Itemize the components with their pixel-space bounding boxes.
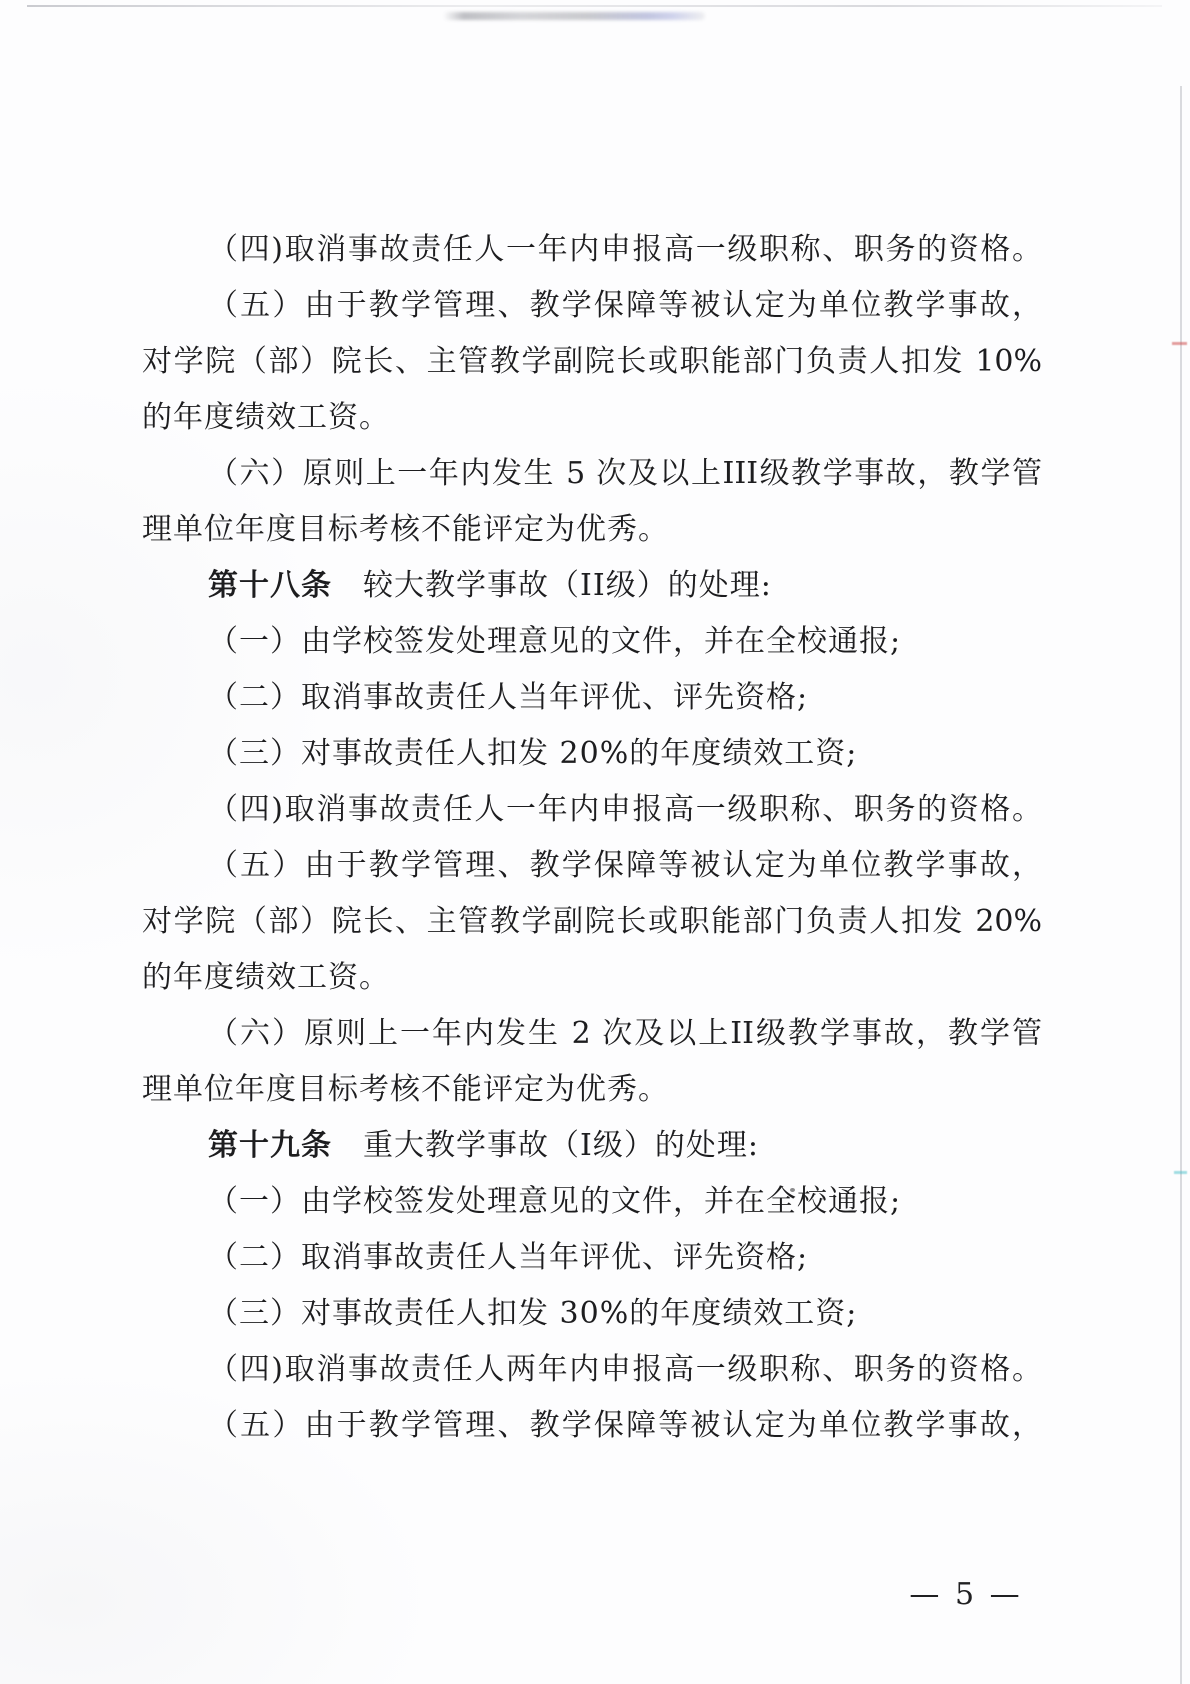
scan-artifact-top-smudge xyxy=(443,12,705,20)
document-body: （四)取消事故责任人一年内申报高一级职称、职务的资格。 （五）由于教学管理、教学… xyxy=(142,222,1042,1454)
line-text: 较大教学事故（II级）的处理: xyxy=(332,568,772,603)
line-text: （一）由学校签发处理意见的文件，并在全校通报; xyxy=(208,1184,901,1219)
line-text: （三）对事故责任人扣发 30%的年度绩效工资; xyxy=(208,1296,857,1331)
line-text: （五）由于教学管理、教学保障等被认定为单位教学事故， xyxy=(208,288,1042,323)
scan-artifact-right-edge-line xyxy=(1180,86,1182,1684)
article-number: 第十九条 xyxy=(208,1128,332,1163)
line-text: 对学院（部）院长、主管教学副院长或职能部门负责人扣发 10% xyxy=(142,344,1042,379)
text-line: （五）由于教学管理、教学保障等被认定为单位教学事故， xyxy=(142,1398,1042,1454)
text-line: （一）由学校签发处理意见的文件，并在全校通报; xyxy=(142,1174,1042,1230)
line-text: 的年度绩效工资。 xyxy=(142,960,390,995)
text-line: （二）取消事故责任人当年评优、评先资格; xyxy=(142,1230,1042,1286)
line-text: 理单位年度目标考核不能评定为优秀。 xyxy=(142,512,669,547)
article-number: 第十八条 xyxy=(208,568,332,603)
line-text: 对学院（部）院长、主管教学副院长或职能部门负责人扣发 20% xyxy=(142,904,1042,939)
line-text: （二）取消事故责任人当年评优、评先资格; xyxy=(208,1240,808,1275)
text-line: （四)取消事故责任人两年内申报高一级职称、职务的资格。 xyxy=(142,1342,1042,1398)
line-text: （四)取消事故责任人一年内申报高一级职称、职务的资格。 xyxy=(208,232,1042,267)
text-line: （五）由于教学管理、教学保障等被认定为单位教学事故， xyxy=(142,838,1042,894)
text-line: 的年度绩效工资。 xyxy=(142,390,1042,446)
scan-artifact-cyan-tick xyxy=(1174,1171,1187,1174)
line-text: （五）由于教学管理、教学保障等被认定为单位教学事故， xyxy=(208,848,1042,883)
line-text: （三）对事故责任人扣发 20%的年度绩效工资; xyxy=(208,736,857,771)
scan-artifact-top-edge-line xyxy=(27,5,1162,7)
text-line: 的年度绩效工资。 xyxy=(142,950,1042,1006)
line-text: 理单位年度目标考核不能评定为优秀。 xyxy=(142,1072,669,1107)
text-line: （三）对事故责任人扣发 30%的年度绩效工资; xyxy=(142,1286,1042,1342)
text-line: 对学院（部）院长、主管教学副院长或职能部门负责人扣发 10% xyxy=(142,334,1042,390)
text-line: （六）原则上一年内发生 2 次及以上II级教学事故，教学管 xyxy=(142,1006,1042,1062)
article-heading-18: 第十八条 较大教学事故（II级）的处理: xyxy=(142,558,1042,614)
page-number: — 5 — xyxy=(898,1571,1034,1619)
line-text: （四)取消事故责任人两年内申报高一级职称、职务的资格。 xyxy=(208,1352,1042,1387)
article-heading-19: 第十九条 重大教学事故（I级）的处理: xyxy=(142,1118,1042,1174)
document-page: （四)取消事故责任人一年内申报高一级职称、职务的资格。 （五）由于教学管理、教学… xyxy=(0,0,1190,1684)
line-text: 的年度绩效工资。 xyxy=(142,400,390,435)
scan-artifact-red-tick xyxy=(1172,342,1187,345)
line-text: （二）取消事故责任人当年评优、评先资格; xyxy=(208,680,808,715)
text-line: （三）对事故责任人扣发 20%的年度绩效工资; xyxy=(142,726,1042,782)
text-line: （二）取消事故责任人当年评优、评先资格; xyxy=(142,670,1042,726)
line-text: （四)取消事故责任人一年内申报高一级职称、职务的资格。 xyxy=(208,792,1042,827)
text-line: （六）原则上一年内发生 5 次及以上III级教学事故，教学管 xyxy=(142,446,1042,502)
text-line: （四)取消事故责任人一年内申报高一级职称、职务的资格。 xyxy=(142,222,1042,278)
text-line: （五）由于教学管理、教学保障等被认定为单位教学事故， xyxy=(142,278,1042,334)
text-line: （四)取消事故责任人一年内申报高一级职称、职务的资格。 xyxy=(142,782,1042,838)
line-text: 重大教学事故（I级）的处理: xyxy=(332,1128,759,1163)
line-text: （五）由于教学管理、教学保障等被认定为单位教学事故， xyxy=(208,1408,1042,1443)
line-text: （六）原则上一年内发生 5 次及以上III级教学事故，教学管 xyxy=(208,456,1042,491)
line-text: （六）原则上一年内发生 2 次及以上II级教学事故，教学管 xyxy=(208,1016,1042,1051)
line-text: （一）由学校签发处理意见的文件，并在全校通报; xyxy=(208,624,901,659)
text-line: 理单位年度目标考核不能评定为优秀。 xyxy=(142,502,1042,558)
text-line: （一）由学校签发处理意见的文件，并在全校通报; xyxy=(142,614,1042,670)
text-line: 对学院（部）院长、主管教学副院长或职能部门负责人扣发 20% xyxy=(142,894,1042,950)
text-line: 理单位年度目标考核不能评定为优秀。 xyxy=(142,1062,1042,1118)
